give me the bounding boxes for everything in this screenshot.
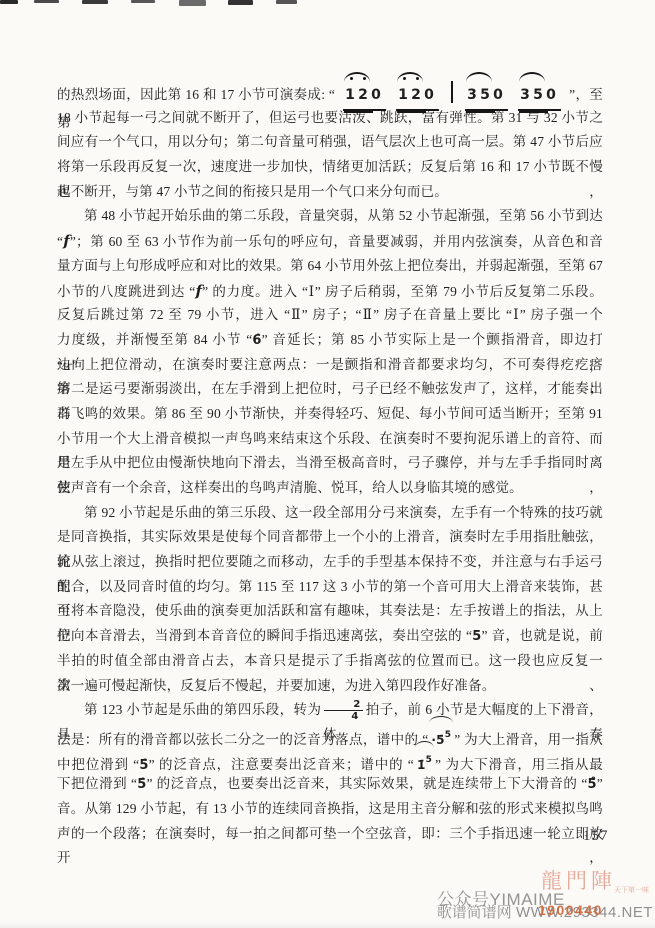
note-digit: 2: [358, 83, 371, 108]
text-line: 鸟飞鸣的效果。第 86 至 90 小节渐快，并奏得轻巧、短促、每小节间可适当断开…: [57, 402, 603, 427]
scan-artifact-dash: [179, 0, 206, 6]
note-digit: 2: [411, 83, 424, 108]
text-line: 下把位滑到 “5̇” 的泛音点，也要奏出泛音来，其实际效果，就是连续带上下大滑音…: [57, 772, 603, 797]
note-group: 350: [465, 83, 508, 111]
text-line: 中把位滑到 “5̇” 的泛音点，注意要奏出泛音来；谱中的 “1̇5” 为大下滑音…: [57, 748, 603, 773]
page-number: 157: [583, 828, 609, 845]
note-digit: 0: [493, 83, 506, 108]
text-line: 法是：所有的滑音都以弦长二分之一的泛音为落点，谱中的 “·5̇5” 为大上滑音，…: [57, 723, 603, 748]
time-signature-numerator: 2: [324, 700, 362, 711]
text-line: 第 123 小节起是乐曲的第四乐段，转为24拍子，前 6 小节是大幅度的上下滑音…: [57, 698, 603, 723]
note-digit: 1: [398, 83, 411, 108]
note-group: 120: [396, 83, 439, 111]
note-digit: 1: [345, 83, 358, 108]
slide-notation-sup: 5: [426, 755, 432, 765]
text-line: 是同音换指，其实际效果是使每个同音都带上一个小的上滑音，演奏时左手用指肚触弦，轮: [57, 525, 603, 550]
watermark-brand-tagline: 天下第一味: [614, 886, 649, 894]
text-line: 半拍的时值全部由滑音占去，本音只是提示了手指离弦的位置而已。这一段也应反复一次、: [57, 649, 603, 674]
text-line: 量方面与上句形成呼应和对比的效果。第 64 小节用外弦上把位奏出，并弱起渐强，至…: [57, 254, 603, 279]
watermark-site: 歌谱简谱网 WWW.293344.NET1900440: [437, 901, 653, 922]
note-group: 120: [343, 83, 386, 111]
text-line: 声的一个段落；在演奏时，每一拍之间都可垫一个空弦音，即：三个手指迅速一轮立即放开…: [57, 822, 603, 847]
note-digit: 0: [424, 83, 437, 108]
text-line: 的热烈场面，因此第 16 和 17 小节可演奏成: “120120350350”…: [57, 81, 603, 106]
dynamic-marking: f: [195, 282, 202, 300]
text-line: 使声音有一个余音，这样奏出的鸟鸣声清脆、悦耳，给人以身临其境的感觉。: [57, 476, 603, 501]
text-line: 边向上把位滑动，在演奏时要注意两点：一是颤指和滑音都要求均匀，不可奏得疙疙瘩瘩；: [57, 353, 603, 378]
note-group: 350: [518, 83, 561, 111]
scan-edge-marks: [0, 0, 655, 8]
text-line: 反复后跳过第 72 至 79 小节，进入 “Ⅱ” 房子；“Ⅱ” 房子在音量上要比…: [57, 303, 603, 328]
text-line: 将第一乐段再反复一次，速度进一步加快，情绪更加活跃；反复后第 16 和 17 小…: [57, 155, 603, 180]
note-digit: 0: [371, 83, 384, 108]
text-line: “f”；第 60 至 63 小节作为前一乐句的呼应句，音量要减弱，并用内弦演奏，…: [57, 229, 603, 254]
text-line: 力度级，并渐慢至第 84 小节 “6̇” 音延长；第 85 小节实际上是一个颤指…: [57, 328, 603, 353]
music-note-token: 6̇: [252, 333, 261, 348]
text-line: 间应有一个气口，用以分句；第二句音量可稍强，语气层次上也可高一层。第 47 小节…: [57, 130, 603, 155]
note-digit: 5: [533, 83, 546, 108]
beam-line: [397, 111, 426, 113]
text-line: 位向本音滑去，当滑到本音音位的瞬间手指迅速离弦，奏出空弦的 “5” 音，也就是说…: [57, 624, 603, 649]
text-line: 用左手从中把位由慢渐快地向下滑去，当滑至极高音时，弓子骤停，并与左手手指同时离弦…: [57, 451, 603, 476]
music-note-token: 5̊: [588, 777, 597, 792]
text-line: 第 92 小节起是乐曲的第三乐段、这一段全部用分弓来演奏，左手有一个特殊的技巧就: [57, 501, 603, 526]
slur-arc: [466, 72, 492, 82]
music-note-token: 5̇: [139, 758, 148, 773]
time-signature-denominator: 4: [324, 711, 362, 722]
barline: [451, 81, 453, 103]
beam-line: [466, 111, 495, 113]
note-digit: 3: [467, 83, 480, 108]
watermark-site-name: 歌谱简谱网: [437, 904, 512, 921]
slide-notation: 1̇5: [415, 748, 434, 778]
scanned-book-page: 的热烈场面，因此第 16 和 17 小节可演奏成: “120120350350”…: [0, 0, 655, 928]
text-line: 流从弦上滚过，换指时把位要随之而移动，左手的手型基本保持不变，并注意与右手运弓的: [57, 550, 603, 575]
watermark-overlay-number: 1900440: [538, 902, 603, 918]
text-line: 可将本音隐没，使乐曲的演奏更加活跃和富有趣味，其奏法是：左手按谱上的指法，从上把: [57, 599, 603, 624]
time-signature: 24: [324, 700, 362, 722]
beam-line: [344, 111, 373, 113]
scan-artifact-dash: [276, 0, 297, 4]
dynamic-marking: f: [63, 232, 70, 250]
text-line: 音。从第 129 小节起，有 13 小节的连续同音换指，这是用主音分解和弦的形式…: [57, 797, 603, 822]
scan-artifact-dash: [131, 0, 155, 3]
slur-arc: [344, 72, 370, 82]
text-line: 配合，以及同音时值的均匀。第 115 至 117 这 3 小节的第一个音可用大上…: [57, 575, 603, 600]
text-block: 的热烈场面，因此第 16 和 17 小节可演奏成: “120120350350”…: [57, 81, 603, 846]
slide-notation-sup: 5: [445, 730, 451, 740]
scan-artifact-dash: [82, 0, 108, 4]
inline-music-example: 120120350350: [338, 81, 566, 111]
text-line: 第二是运弓要渐弱淡出，在左手滑到上把位时，弓子已经不触弦发声了，这样，才能奏出群: [57, 377, 603, 402]
text-line: 小节的八度跳进到达 “f” 的力度。进入 “Ⅰ” 房子后稍弱，至第 79 小节后…: [57, 279, 603, 304]
text-line: 第 48 小节起开始乐曲的第二乐段，音量突弱，从第 52 小节起渐强，至第 56…: [57, 204, 603, 229]
music-note-token: 5̇: [137, 777, 146, 792]
scan-artifact-dash: [34, 0, 59, 3]
music-note-token: 5: [472, 629, 481, 644]
scan-artifact-dash: [228, 0, 253, 5]
beam-line: [519, 111, 548, 113]
note-digit: 5: [480, 83, 493, 108]
note-digit: 3: [520, 83, 533, 108]
watermark-site-url-wrap: WWW.293344.NET1900440: [516, 904, 653, 921]
scan-artifact-dash: [0, 0, 18, 4]
text-line: 小节用一个大上滑音模拟一声鸟鸣来结束这个乐段、在演奏时不要拘泥乐谱上的音符、而是: [57, 427, 603, 452]
note-digit: 0: [546, 83, 559, 108]
slur-arc: [519, 72, 545, 82]
slur-arc: [397, 72, 423, 82]
